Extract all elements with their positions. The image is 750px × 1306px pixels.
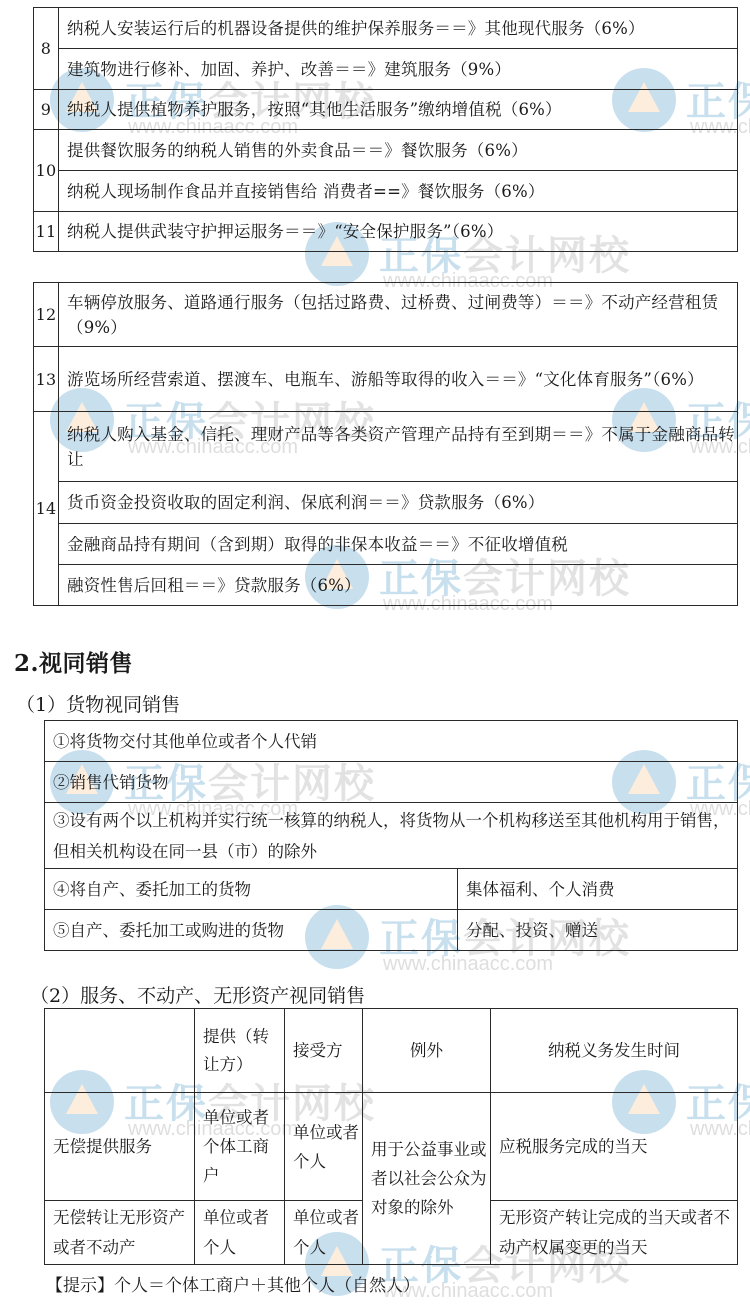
row-item: 游览场所经营索道、摆渡车、电瓶车、游船等取得的收入＝＝》“文化体育服务”（6%） (59, 347, 738, 412)
header-cell-tax-time: 纳税义务发生时间 (491, 1009, 738, 1093)
receiver-cell: 单位或者个人 (285, 1201, 363, 1265)
services-deemed-sales-table: 提供（转让方） 接受方 例外 纳税义务发生时间 无偿提供服务 单位或者个体工商户… (44, 1008, 738, 1265)
section-heading: 2.视同销售 (14, 645, 133, 678)
header-cell (45, 1009, 195, 1093)
provider-cell: 单位或者个体工商户 (195, 1093, 285, 1201)
header-cell-exception: 例外 (363, 1009, 491, 1093)
table-row: 8 纳税人安装运行后的机器设备提供的维护保养服务＝＝》其他现代服务（6%） (34, 8, 738, 49)
row-number: 8 (34, 8, 59, 90)
table-row: ①将货物交付其他单位或者个人代销 (45, 721, 738, 762)
table-row: 13 游览场所经营索道、摆渡车、电瓶车、游船等取得的收入＝＝》“文化体育服务”（… (34, 347, 738, 412)
table-row: 无偿提供服务 单位或者个体工商户 单位或者个人 用于公益事业或者以社会公众为对象… (45, 1093, 738, 1201)
subsection-title-goods: （1）货物视同销售 (16, 690, 180, 717)
table-row: 金融商品持有期间（含到期）取得的非保本收益＝＝》不征收增值税 (34, 524, 738, 565)
row-number: 13 (34, 347, 59, 412)
tax-items-table-1: 8 纳税人安装运行后的机器设备提供的维护保养服务＝＝》其他现代服务（6%） 建筑… (33, 7, 738, 252)
table-header-row: 提供（转让方） 接受方 例外 纳税义务发生时间 (45, 1009, 738, 1093)
receiver-cell: 单位或者个人 (285, 1093, 363, 1201)
row-item: 纳税人提供武装守护押运服务＝＝》“安全保护服务”（6%） (59, 212, 738, 252)
row-item: 金融商品持有期间（含到期）取得的非保本收益＝＝》不征收增值税 (59, 524, 738, 565)
row-item: 纳税人购入基金、信托、理财产品等各类资产管理产品持有至到期＝＝》不属于金融商品转… (59, 412, 738, 482)
table-row: 10 提供餐饮服务的纳税人销售的外卖食品＝＝》餐饮服务（6%） (34, 130, 738, 171)
table-row: 14 纳税人购入基金、信托、理财产品等各类资产管理产品持有至到期＝＝》不属于金融… (34, 412, 738, 482)
subsection-title-services: （2）服务、不动产、无形资产视同销售 (30, 981, 365, 1008)
table-row: 9 纳税人提供植物养护服务，按照“其他生活服务”缴纳增值税（6%） (34, 90, 738, 130)
table-row: ②销售代销货物 (45, 762, 738, 803)
goods-item: ②销售代销货物 (45, 762, 738, 803)
tax-items-table-2: 12 车辆停放服务、道路通行服务（包括过路费、过桥费、过闸费等）＝＝》不动产经营… (33, 282, 738, 606)
goods-usage: 分配、投资、赠送 (458, 910, 738, 951)
row-number: 14 (34, 412, 59, 606)
goods-usage: 集体福利、个人消费 (458, 869, 738, 910)
row-item: 货币资金投资收取的固定利润、保底利润＝＝》贷款服务（6%） (59, 482, 738, 524)
row-number: 9 (34, 90, 59, 130)
deemed-sale-type: 无偿转让无形资产或者不动产 (45, 1201, 195, 1265)
goods-item: ⑤自产、委托加工或购进的货物 (45, 910, 458, 951)
table-row: 融资性售后回租＝＝》贷款服务（6%） (34, 565, 738, 606)
header-cell-provider: 提供（转让方） (195, 1009, 285, 1093)
header-cell-receiver: 接受方 (285, 1009, 363, 1093)
row-item: 纳税人安装运行后的机器设备提供的维护保养服务＝＝》其他现代服务（6%） (59, 8, 738, 49)
table-row: ④将自产、委托加工的货物 集体福利、个人消费 (45, 869, 738, 910)
table-row: 12 车辆停放服务、道路通行服务（包括过路费、过桥费、过闸费等）＝＝》不动产经营… (34, 283, 738, 347)
table-row: 建筑物进行修补、加固、养护、改善＝＝》建筑服务（9%） (34, 49, 738, 90)
row-number: 10 (34, 130, 59, 212)
goods-item: ④将自产、委托加工的货物 (45, 869, 458, 910)
deemed-sale-type: 无偿提供服务 (45, 1093, 195, 1201)
provider-cell: 单位或者个人 (195, 1201, 285, 1265)
table-row: 11 纳税人提供武装守护押运服务＝＝》“安全保护服务”（6%） (34, 212, 738, 252)
row-item: 提供餐饮服务的纳税人销售的外卖食品＝＝》餐饮服务（6%） (59, 130, 738, 171)
goods-item: ①将货物交付其他单位或者个人代销 (45, 721, 738, 762)
table-row: ⑤自产、委托加工或购进的货物 分配、投资、赠送 (45, 910, 738, 951)
row-item: 车辆停放服务、道路通行服务（包括过路费、过桥费、过闸费等）＝＝》不动产经营租赁（… (59, 283, 738, 347)
tax-time-cell: 应税服务完成的当天 (491, 1093, 738, 1201)
table-row: ③设有两个以上机构并实行统一核算的纳税人，将货物从一个机构移送至其他机构用于销售… (45, 803, 738, 869)
row-item: 建筑物进行修补、加固、养护、改善＝＝》建筑服务（9%） (59, 49, 738, 90)
tip-note: 【提示】个人＝个体工商户＋其他个人（自然人） (46, 1271, 420, 1296)
row-item: 融资性售后回租＝＝》贷款服务（6%） (59, 565, 738, 606)
table-row: 纳税人现场制作食品并直接销售给 消费者==》餐饮服务（6%） (34, 171, 738, 212)
row-number: 12 (34, 283, 59, 347)
row-number: 11 (34, 212, 59, 252)
tax-time-cell: 无形资产转让完成的当天或者不动产权属变更的当天 (491, 1201, 738, 1265)
row-item: 纳税人提供植物养护服务，按照“其他生活服务”缴纳增值税（6%） (59, 90, 738, 130)
goods-deemed-sales-table: ①将货物交付其他单位或者个人代销 ②销售代销货物 ③设有两个以上机构并实行统一核… (44, 720, 738, 951)
goods-item: ③设有两个以上机构并实行统一核算的纳税人，将货物从一个机构移送至其他机构用于销售… (45, 803, 738, 869)
table-row: 货币资金投资收取的固定利润、保底利润＝＝》贷款服务（6%） (34, 482, 738, 524)
exception-cell: 用于公益事业或者以社会公众为对象的除外 (363, 1093, 491, 1265)
row-item: 纳税人现场制作食品并直接销售给 消费者==》餐饮服务（6%） (59, 171, 738, 212)
